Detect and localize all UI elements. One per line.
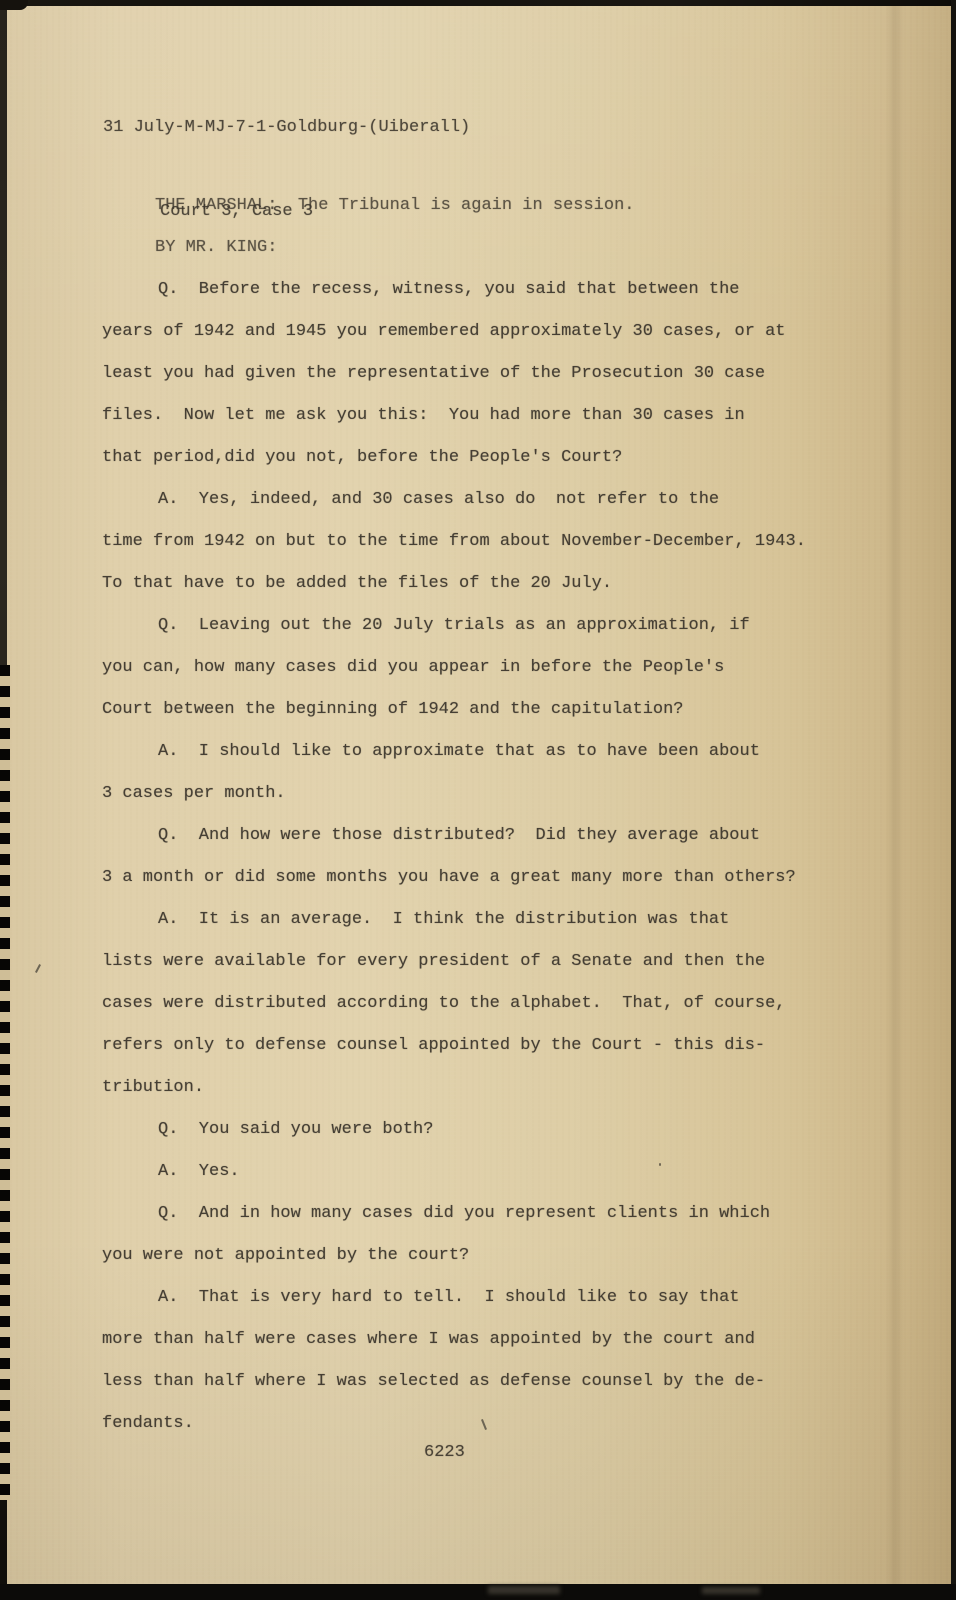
transcript-line: Q. Leaving out the 20 July trials as an …: [102, 605, 806, 647]
scan-edge-right: [951, 0, 956, 1600]
transcript-line: Q. And how were those distributed? Did t…: [102, 815, 806, 857]
transcript-line: Court between the beginning of 1942 and …: [102, 689, 806, 731]
transcript-line: A. Yes, indeed, and 30 cases also do not…: [102, 479, 806, 521]
scan-smudge: [702, 1587, 760, 1594]
page-number: 6223: [424, 1432, 465, 1474]
transcript-line: A. That is very hard to tell. I should l…: [102, 1277, 806, 1319]
transcript-line: A. I should like to approximate that as …: [102, 731, 806, 773]
transcript-line: lists were available for every president…: [102, 941, 806, 983]
transcript-line: time from 1942 on but to the time from a…: [102, 521, 806, 563]
transcript-line: 3 a month or did some months you have a …: [102, 857, 806, 899]
transcript-line: less than half where I was selected as d…: [102, 1361, 806, 1403]
transcript-line: files. Now let me ask you this: You had …: [102, 395, 806, 437]
transcript-line: tribution.: [102, 1067, 806, 1109]
transcript-line: THE MARSHAL: The Tribunal is again in se…: [102, 185, 806, 227]
transcript-line: To that have to be added the files of th…: [102, 563, 806, 605]
transcript-line: more than half were cases where I was ap…: [102, 1319, 806, 1361]
transcript-line: Q. You said you were both?: [102, 1109, 806, 1151]
transcript-line: you can, how many cases did you appear i…: [102, 647, 806, 689]
transcript-line: 3 cases per month.: [102, 773, 806, 815]
scan-corner-top-left: [0, 0, 28, 10]
transcript-line: Q. And in how many cases did you represe…: [102, 1193, 806, 1235]
transcript-line: you were not appointed by the court?: [102, 1235, 806, 1277]
scan-edge-bottom: [0, 1584, 956, 1600]
scan-edge-top: [0, 0, 956, 6]
transcript-line: least you had given the representative o…: [102, 353, 806, 395]
transcript-line: Q. Before the recess, witness, you said …: [102, 269, 806, 311]
scanned-page: 31 July-M-MJ-7-1-Goldburg-(Uiberall) Cou…: [0, 0, 956, 1600]
transcript-line: cases were distributed according to the …: [102, 983, 806, 1025]
header-line-1: 31 July-M-MJ-7-1-Goldburg-(Uiberall): [103, 114, 470, 142]
scan-smudge: [488, 1586, 560, 1594]
transcript-line: years of 1942 and 1945 you remembered ap…: [102, 311, 806, 353]
transcript-line: A. Yes.: [102, 1151, 806, 1193]
transcript-line: that period,did you not, before the Peop…: [102, 437, 806, 479]
transcript: THE MARSHAL: The Tribunal is again in se…: [102, 185, 806, 1445]
transcript-line: BY MR. KING:: [102, 227, 806, 269]
binding-notches: [0, 665, 10, 1500]
transcript-line: A. It is an average. I think the distrib…: [102, 899, 806, 941]
transcript-line: refers only to defense counsel appointed…: [102, 1025, 806, 1067]
